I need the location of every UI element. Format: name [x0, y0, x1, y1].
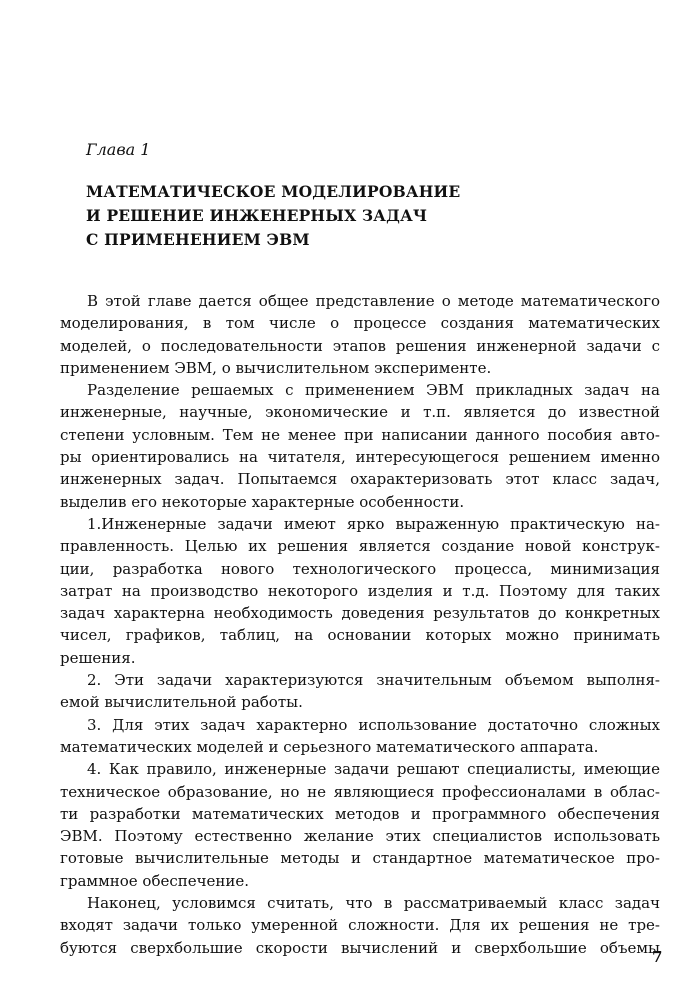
- text-line: выделив его некоторые характерные особен…: [60, 491, 660, 513]
- chapter-title-line: С ПРИМЕНЕНИЕМ ЭВМ: [86, 228, 460, 252]
- page-number: 7: [652, 948, 662, 966]
- text-line: моделирования, в том числе о процессе со…: [60, 312, 660, 334]
- chapter-title-line: МАТЕМАТИЧЕСКОЕ МОДЕЛИРОВАНИЕ: [86, 180, 460, 204]
- text-line: инженерных задач. Попытаемся охарактериз…: [60, 468, 660, 490]
- text-line: задач характерна необходимость доведения…: [60, 602, 660, 624]
- text-line: инженерные, научные, экономические и т.п…: [60, 401, 660, 423]
- chapter-label: Глава 1: [86, 140, 150, 159]
- text-line: чисел, графиков, таблиц, на основании ко…: [60, 624, 660, 646]
- text-line: Наконец, условимся считать, что в рассма…: [60, 892, 660, 914]
- text-line: 4. Как правило, инженерные задачи решают…: [60, 758, 660, 780]
- text-line: математических моделей и серьезного мате…: [60, 736, 660, 758]
- text-line: Разделение решаемых с применением ЭВМ пр…: [60, 379, 660, 401]
- text-line: входят задачи только умеренной сложности…: [60, 914, 660, 936]
- text-line: В этой главе дается общее представление …: [60, 290, 660, 312]
- text-line: 1.Инженерные задачи имеют ярко выраженну…: [60, 513, 660, 535]
- text-line: техническое образование, но не являющиес…: [60, 781, 660, 803]
- text-line: 3. Для этих задач характерно использован…: [60, 714, 660, 736]
- book-page: Глава 1 МАТЕМАТИЧЕСКОЕ МОДЕЛИРОВАНИЕ И Р…: [0, 0, 690, 1000]
- body-text: В этой главе дается общее представление …: [60, 290, 660, 959]
- chapter-title: МАТЕМАТИЧЕСКОЕ МОДЕЛИРОВАНИЕ И РЕШЕНИЕ И…: [86, 180, 460, 252]
- text-line: ти разработки математических методов и п…: [60, 803, 660, 825]
- text-line: ции, разработка нового технологического …: [60, 558, 660, 580]
- text-line: готовые вычислительные методы и стандарт…: [60, 847, 660, 869]
- text-line: применением ЭВМ, о вычислительном экспер…: [60, 357, 660, 379]
- text-line: моделей, о последовательности этапов реш…: [60, 335, 660, 357]
- text-line: емой вычислительной работы.: [60, 691, 660, 713]
- text-line: правленность. Целью их решения является …: [60, 535, 660, 557]
- text-line: буются сверхбольшие скорости вычислений …: [60, 937, 660, 959]
- text-line: ЭВМ. Поэтому естественно желание этих сп…: [60, 825, 660, 847]
- text-line: решения.: [60, 647, 660, 669]
- text-line: затрат на производство некоторого издели…: [60, 580, 660, 602]
- text-line: ры ориентировались на читателя, интересу…: [60, 446, 660, 468]
- text-line: граммное обеспечение.: [60, 870, 660, 892]
- text-line: степени условным. Тем не менее при напис…: [60, 424, 660, 446]
- chapter-title-line: И РЕШЕНИЕ ИНЖЕНЕРНЫХ ЗАДАЧ: [86, 204, 460, 228]
- text-line: 2. Эти задачи характеризуются значительн…: [60, 669, 660, 691]
